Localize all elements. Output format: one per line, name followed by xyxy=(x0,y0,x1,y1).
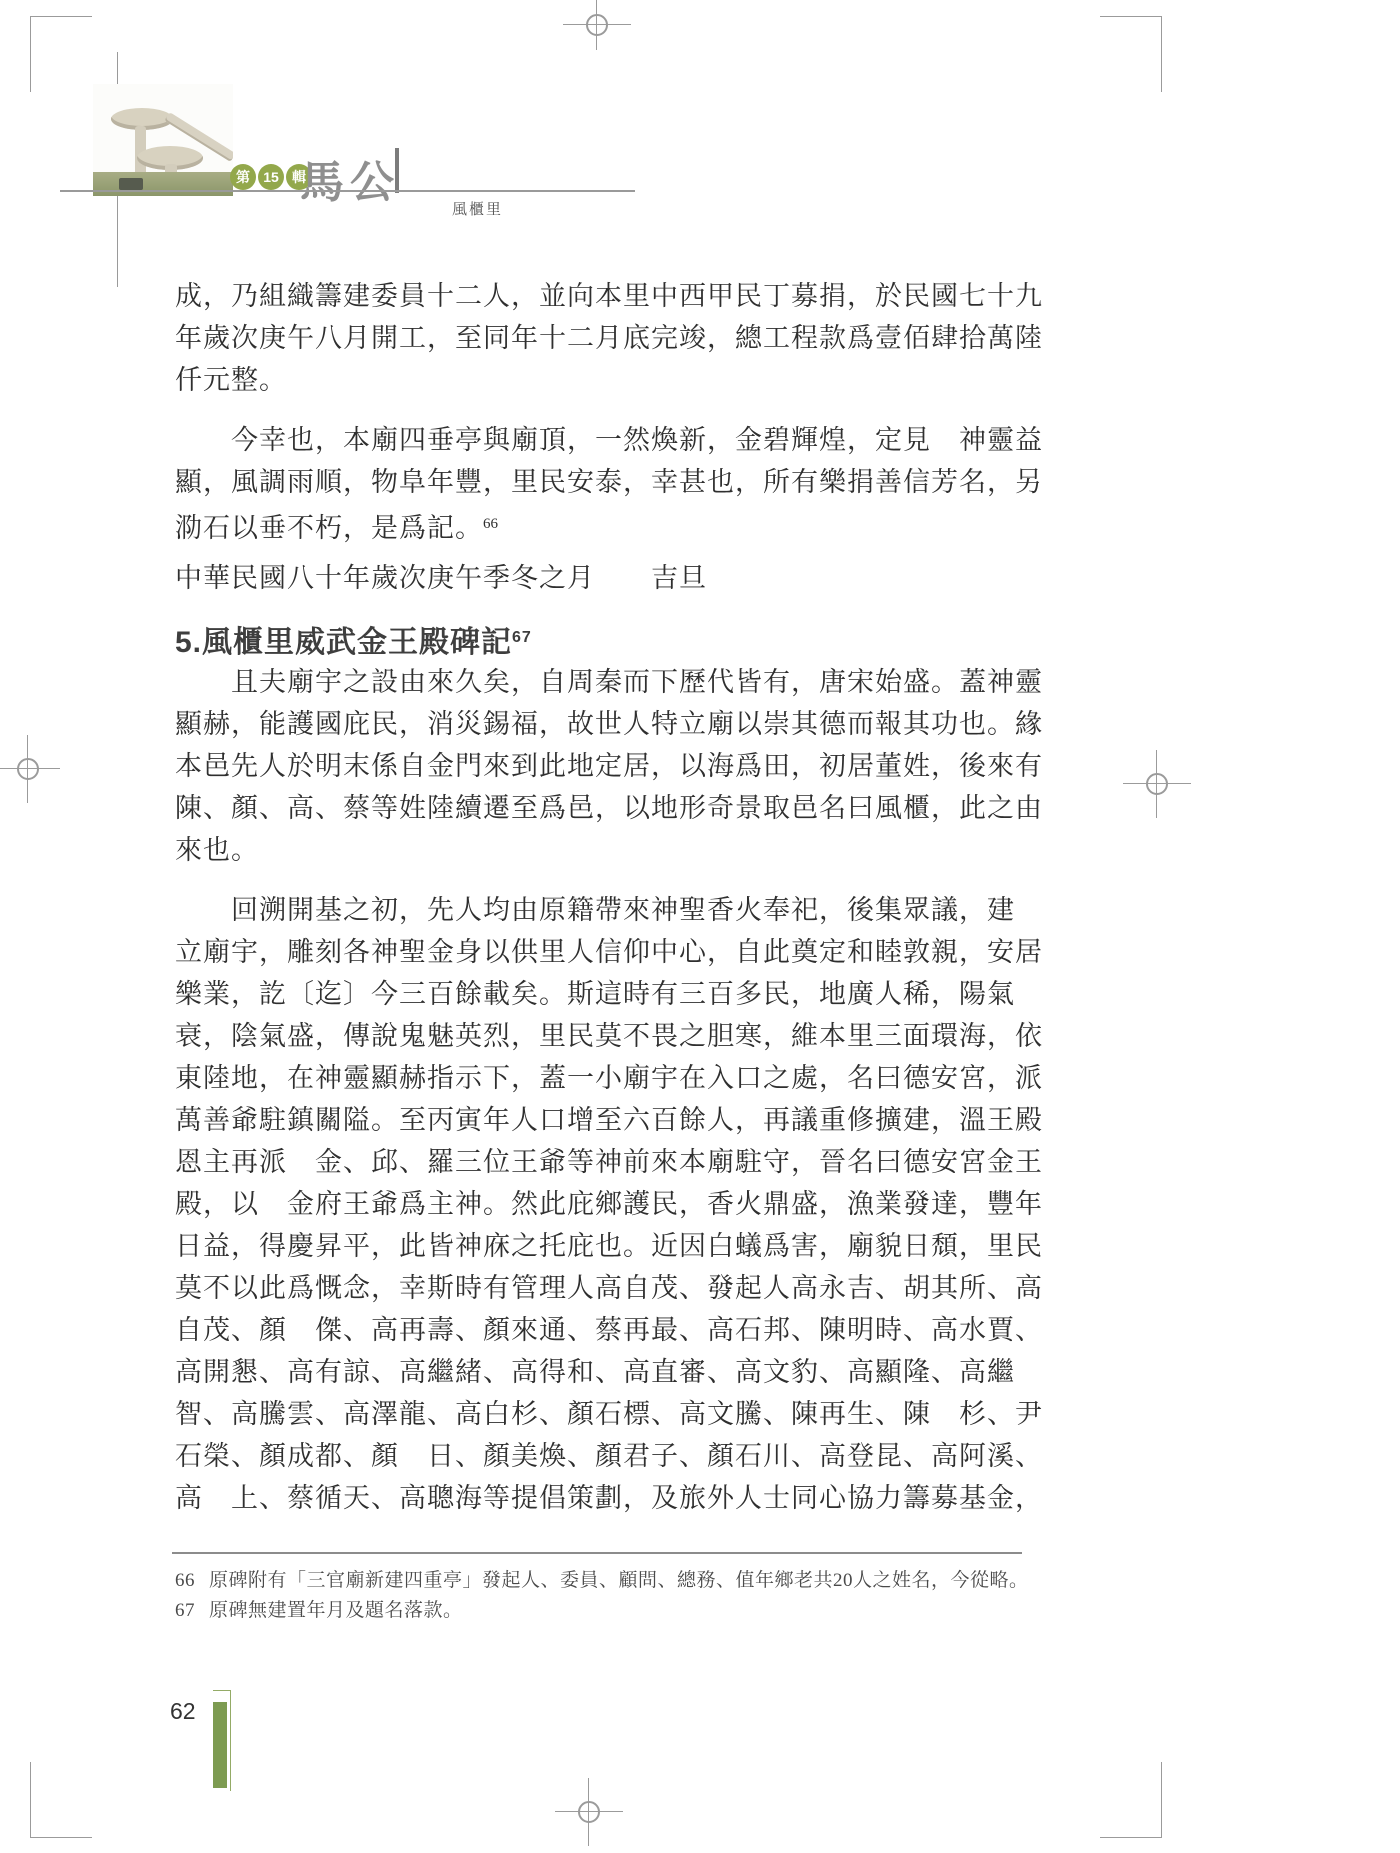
text-line: 高 上、蔡循天、高聰海等提倡策劃，及旅外人士同心協力籌募基金， xyxy=(175,1477,1031,1519)
series-badge-number: 15 xyxy=(258,164,284,190)
title-divider-bar xyxy=(395,148,399,193)
text-line: 樂業，訖〔迄〕今三百餘載矣。斯這時有三百多民，地廣人稀，陽氣 xyxy=(175,973,1031,1015)
chapter-subtitle: 風櫃里 xyxy=(452,198,503,219)
registration-mark-left-v xyxy=(27,735,28,803)
footnote-number: 66 xyxy=(175,1566,209,1596)
text-line: 東陸地，在神靈顯赫指示下，蓋一小廟宇在入口之處，名曰德安宮，派 xyxy=(175,1057,1031,1099)
crop-mark-top-left-v xyxy=(30,16,31,92)
footnotes-block: 66 原碑附有「三官廟新建四重亭」發起人、委員、顧問、總務、值年鄉老共20人之姓… xyxy=(175,1566,1031,1626)
text-line: 泐石以垂不朽，是爲記。66 xyxy=(175,503,1031,545)
series-badge-prefix: 第 xyxy=(230,164,256,190)
text-line: 自茂、顏 傑、高再壽、顏來通、蔡再最、高石邦、陳明時、高水賈、 xyxy=(175,1309,1031,1351)
text-line: 陳、顏、高、蔡等姓陸續遷至爲邑，以地形奇景取邑名曰風櫃，此之由 xyxy=(175,787,1031,829)
text-line: 恩主再派 金、邱、羅三位王爺等神前來本廟駐守，晉名曰德安宮金王 xyxy=(175,1141,1031,1183)
section-title: 風櫃里威武金王殿碑記 xyxy=(202,626,512,659)
footnote-text: 原碑無建置年月及題名落款。 xyxy=(209,1596,463,1626)
green-bar-outline-h xyxy=(213,1690,231,1691)
text-line: 石榮、顏成都、顏 日、顏美煥、顏君子、顏石川、高登昆、高阿溪、 xyxy=(175,1435,1031,1477)
book-title: 馬公 xyxy=(300,146,400,210)
registration-mark-bottom-icon xyxy=(578,1801,600,1823)
document-page: 第 15 輯 馬公 風櫃里 成，乃組織籌建委員十二人，並向本里中西甲民丁募捐，於… xyxy=(0,0,1400,1853)
registration-mark-top-h xyxy=(563,24,631,25)
footnote-separator xyxy=(172,1552,1022,1554)
text-line: 仟元整。 xyxy=(175,359,1031,401)
registration-mark-bottom-h xyxy=(555,1811,623,1812)
crop-mark-top-left-h xyxy=(30,16,92,17)
text-line: 來也。 xyxy=(175,829,1031,871)
date-line: 中華民國八十年歲次庚午季冬之月 吉旦 xyxy=(175,557,1031,599)
registration-mark-left-icon xyxy=(17,758,39,780)
paragraph-4: 回溯開基之初，先人均由原籍帶來神聖香火奉祀，後集眾議，建 立廟宇，雕刻各神聖金身… xyxy=(175,889,1031,1519)
footnote-67: 67 原碑無建置年月及題名落款。 xyxy=(175,1596,1031,1626)
text-line: 今幸也，本廟四垂亭與廟頂，一然煥新，金碧輝煌，定見 神靈益 xyxy=(175,419,1031,461)
crop-mark-bottom-right-v xyxy=(1161,1762,1162,1838)
footnote-number: 67 xyxy=(175,1596,209,1626)
paragraph-3: 且夫廟宇之設由來久矣，自周秦而下歷代皆有，唐宋始盛。蓋神靈 顯赫，能護國庇民，消… xyxy=(175,661,1031,871)
section-heading: 5.風櫃里威武金王殿碑記67 xyxy=(175,615,1031,661)
registration-mark-top-v xyxy=(596,0,597,50)
text-line: 年歲次庚午八月開工，至同年十二月底完竣，總工程款爲壹佰肆拾萬陸 xyxy=(175,317,1031,359)
text-line: 顯赫，能護國庇民，消災錫福，故世人特立廟以崇其德而報其功也。緣 xyxy=(175,703,1031,745)
grass-strip xyxy=(93,172,233,196)
crop-mark-top-right-v xyxy=(1161,16,1162,92)
registration-mark-right-icon xyxy=(1146,773,1168,795)
header-rule xyxy=(60,190,635,192)
page-number: 62 xyxy=(170,1698,196,1725)
text-line: 殿，以 金府王爺爲主神。然此庇鄉護民，香火鼎盛，漁業發達，豐年 xyxy=(175,1183,1031,1225)
crop-mark-bottom-left-v xyxy=(30,1762,31,1838)
crop-mark-top-right-h xyxy=(1100,16,1162,17)
page-footer-green-bar xyxy=(213,1702,227,1788)
footnote-ref-67: 67 xyxy=(512,629,532,646)
text-line-body: 泐石以垂不朽，是爲記。 xyxy=(175,513,483,543)
text-line: 回溯開基之初，先人均由原籍帶來神聖香火奉祀，後集眾議，建 xyxy=(175,889,1031,931)
text-line: 智、高騰雲、高澤龍、高白杉、顏石標、高文騰、陳再生、陳 杉、尹 xyxy=(175,1393,1031,1435)
text-line: 衰，陰氣盛，傳說鬼魅英烈，里民莫不畏之胆寒，維本里三面環海，依 xyxy=(175,1015,1031,1057)
text-line: 本邑先人於明末係自金門來到此地定居，以海爲田，初居董姓，後來有 xyxy=(175,745,1031,787)
text-line: 立廟宇，雕刻各神聖金身以供里人信仰中心，自此奠定和睦敦親，安居 xyxy=(175,931,1031,973)
vehicle-shape xyxy=(119,178,143,190)
text-line: 日益，得慶昇平，此皆神庥之托庇也。近因白蟻爲害，廟貌日頹，里民 xyxy=(175,1225,1031,1267)
section-number: 5. xyxy=(175,626,202,659)
header-photo-penghu-towers xyxy=(93,84,233,196)
text-line: 莫不以此爲慨念，幸斯時有管理人高自茂、發起人高永吉、胡其所、高 xyxy=(175,1267,1031,1309)
crop-mark-bottom-left-h xyxy=(30,1837,92,1838)
paragraph-2: 今幸也，本廟四垂亭與廟頂，一然煥新，金碧輝煌，定見 神靈益 顯，風調雨順，物阜年… xyxy=(175,419,1031,545)
text-line: 萬善爺駐鎮關隘。至丙寅年人口增至六百餘人，再議重修擴建，溫王殿 xyxy=(175,1099,1031,1141)
green-bar-outline-v xyxy=(230,1690,231,1791)
text-column: 成，乃組織籌建委員十二人，並向本里中西甲民丁募捐，於民國七十九 年歲次庚午八月開… xyxy=(175,275,1031,1519)
text-line: 且夫廟宇之設由來久矣，自周秦而下歷代皆有，唐宋始盛。蓋神靈 xyxy=(175,661,1031,703)
registration-mark-bottom-v xyxy=(588,1778,589,1846)
registration-mark-top-icon xyxy=(586,14,608,36)
text-line: 成，乃組織籌建委員十二人，並向本里中西甲民丁募捐，於民國七十九 xyxy=(175,275,1031,317)
registration-mark-right-h xyxy=(1123,783,1191,784)
footnote-66: 66 原碑附有「三官廟新建四重亭」發起人、委員、顧問、總務、值年鄉老共20人之姓… xyxy=(175,1566,1031,1596)
crop-mark-bottom-right-h xyxy=(1100,1837,1162,1838)
text-line: 顯，風調雨順，物阜年豐，里民安泰，幸甚也，所有樂捐善信芳名，另 xyxy=(175,461,1031,503)
text-line: 高開懇、高有諒、高繼緒、高得和、高直審、高文豹、高顯隆、高繼 xyxy=(175,1351,1031,1393)
registration-mark-left-h xyxy=(0,768,60,769)
registration-mark-right-v xyxy=(1156,750,1157,818)
paragraph-1: 成，乃組織籌建委員十二人，並向本里中西甲民丁募捐，於民國七十九 年歲次庚午八月開… xyxy=(175,275,1031,401)
footnote-text: 原碑附有「三官廟新建四重亭」發起人、委員、顧問、總務、值年鄉老共20人之姓名，今… xyxy=(209,1566,1029,1596)
footnote-ref-66: 66 xyxy=(483,516,498,532)
